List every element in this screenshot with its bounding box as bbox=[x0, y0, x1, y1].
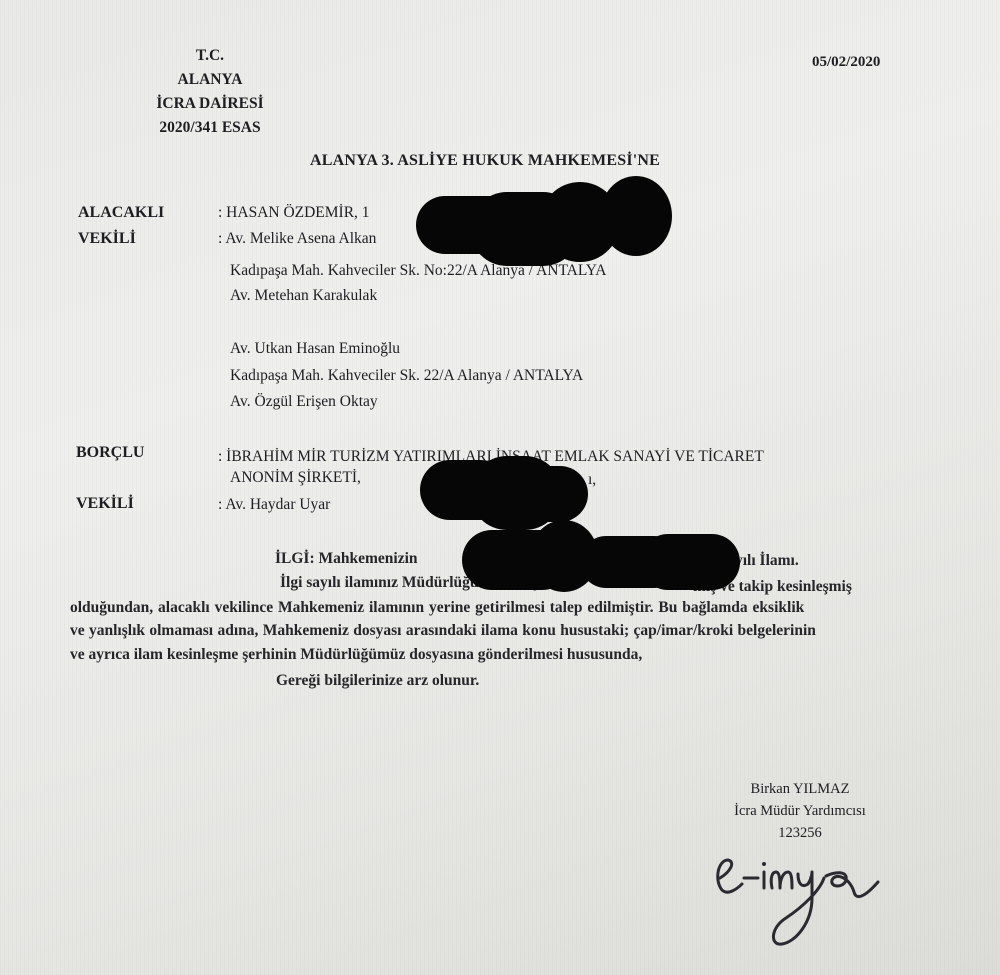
header-line: ALANYA bbox=[120, 68, 300, 92]
attorney-line: Av. Metehan Karakulak bbox=[230, 287, 377, 305]
e-signature-icon bbox=[700, 848, 900, 958]
subject-suffix: yılı İlamı. bbox=[735, 552, 799, 570]
body-line: olduğundan, alacaklı vekilince Mahkemeni… bbox=[70, 599, 804, 617]
addressee-court: ALANYA 3. ASLİYE HUKUK MAHKEMESİ'NE bbox=[310, 152, 660, 170]
debtor-label: BORÇLU bbox=[76, 444, 144, 462]
debtor-attorney-value: : Av. Haydar Uyar bbox=[218, 496, 330, 514]
redaction-blot bbox=[600, 176, 672, 256]
header-line: T.C. bbox=[120, 44, 300, 68]
creditor-label: ALACAKLI bbox=[78, 204, 164, 222]
body-line: ve yanlışlık olmaması adına, Mahkemeniz … bbox=[70, 622, 816, 640]
attorney-address: Kadıpaşa Mah. Kahveciler Sk. 22/A Alanya… bbox=[230, 367, 583, 385]
creditor-attorney-label: VEKİLİ bbox=[78, 230, 136, 248]
signature-block: Birkan YILMAZ İcra Müdür Yardımcısı 1232… bbox=[700, 778, 900, 844]
issuing-office-header: T.C. ALANYA İCRA DAİRESİ 2020/341 ESAS bbox=[120, 44, 300, 140]
subject-prefix: İLGİ: Mahkemenizin bbox=[275, 550, 418, 568]
attorney-line: Av. Özgül Erişen Oktay bbox=[230, 393, 378, 411]
signatory-id: 123256 bbox=[700, 822, 900, 844]
signatory-title: İcra Müdür Yardımcısı bbox=[700, 800, 900, 822]
document-date: 05/02/2020 bbox=[812, 54, 880, 71]
attorney-line: : Av. Melike Asena Alkan bbox=[218, 230, 376, 248]
case-number: 2020/341 ESAS bbox=[120, 116, 300, 140]
redaction-blot bbox=[520, 466, 588, 522]
debtor-value-tail: ı, bbox=[588, 471, 596, 489]
debtor-attorney-label: VEKİLİ bbox=[76, 495, 134, 513]
debtor-value-cont: ANONİM ŞİRKETİ, bbox=[230, 469, 361, 487]
body-line: ve ayrıca ilam kesinleşme şerhinin Müdür… bbox=[70, 646, 642, 664]
closing-line: Gereği bilgilerinize arz olunur. bbox=[276, 672, 479, 690]
header-line: İCRA DAİRESİ bbox=[120, 92, 300, 116]
attorney-line: Av. Utkan Hasan Eminoğlu bbox=[230, 340, 400, 358]
signatory-name: Birkan YILMAZ bbox=[700, 778, 900, 800]
redaction-blot bbox=[640, 534, 740, 590]
creditor-value: : HASAN ÖZDEMİR, 1 bbox=[218, 204, 370, 222]
